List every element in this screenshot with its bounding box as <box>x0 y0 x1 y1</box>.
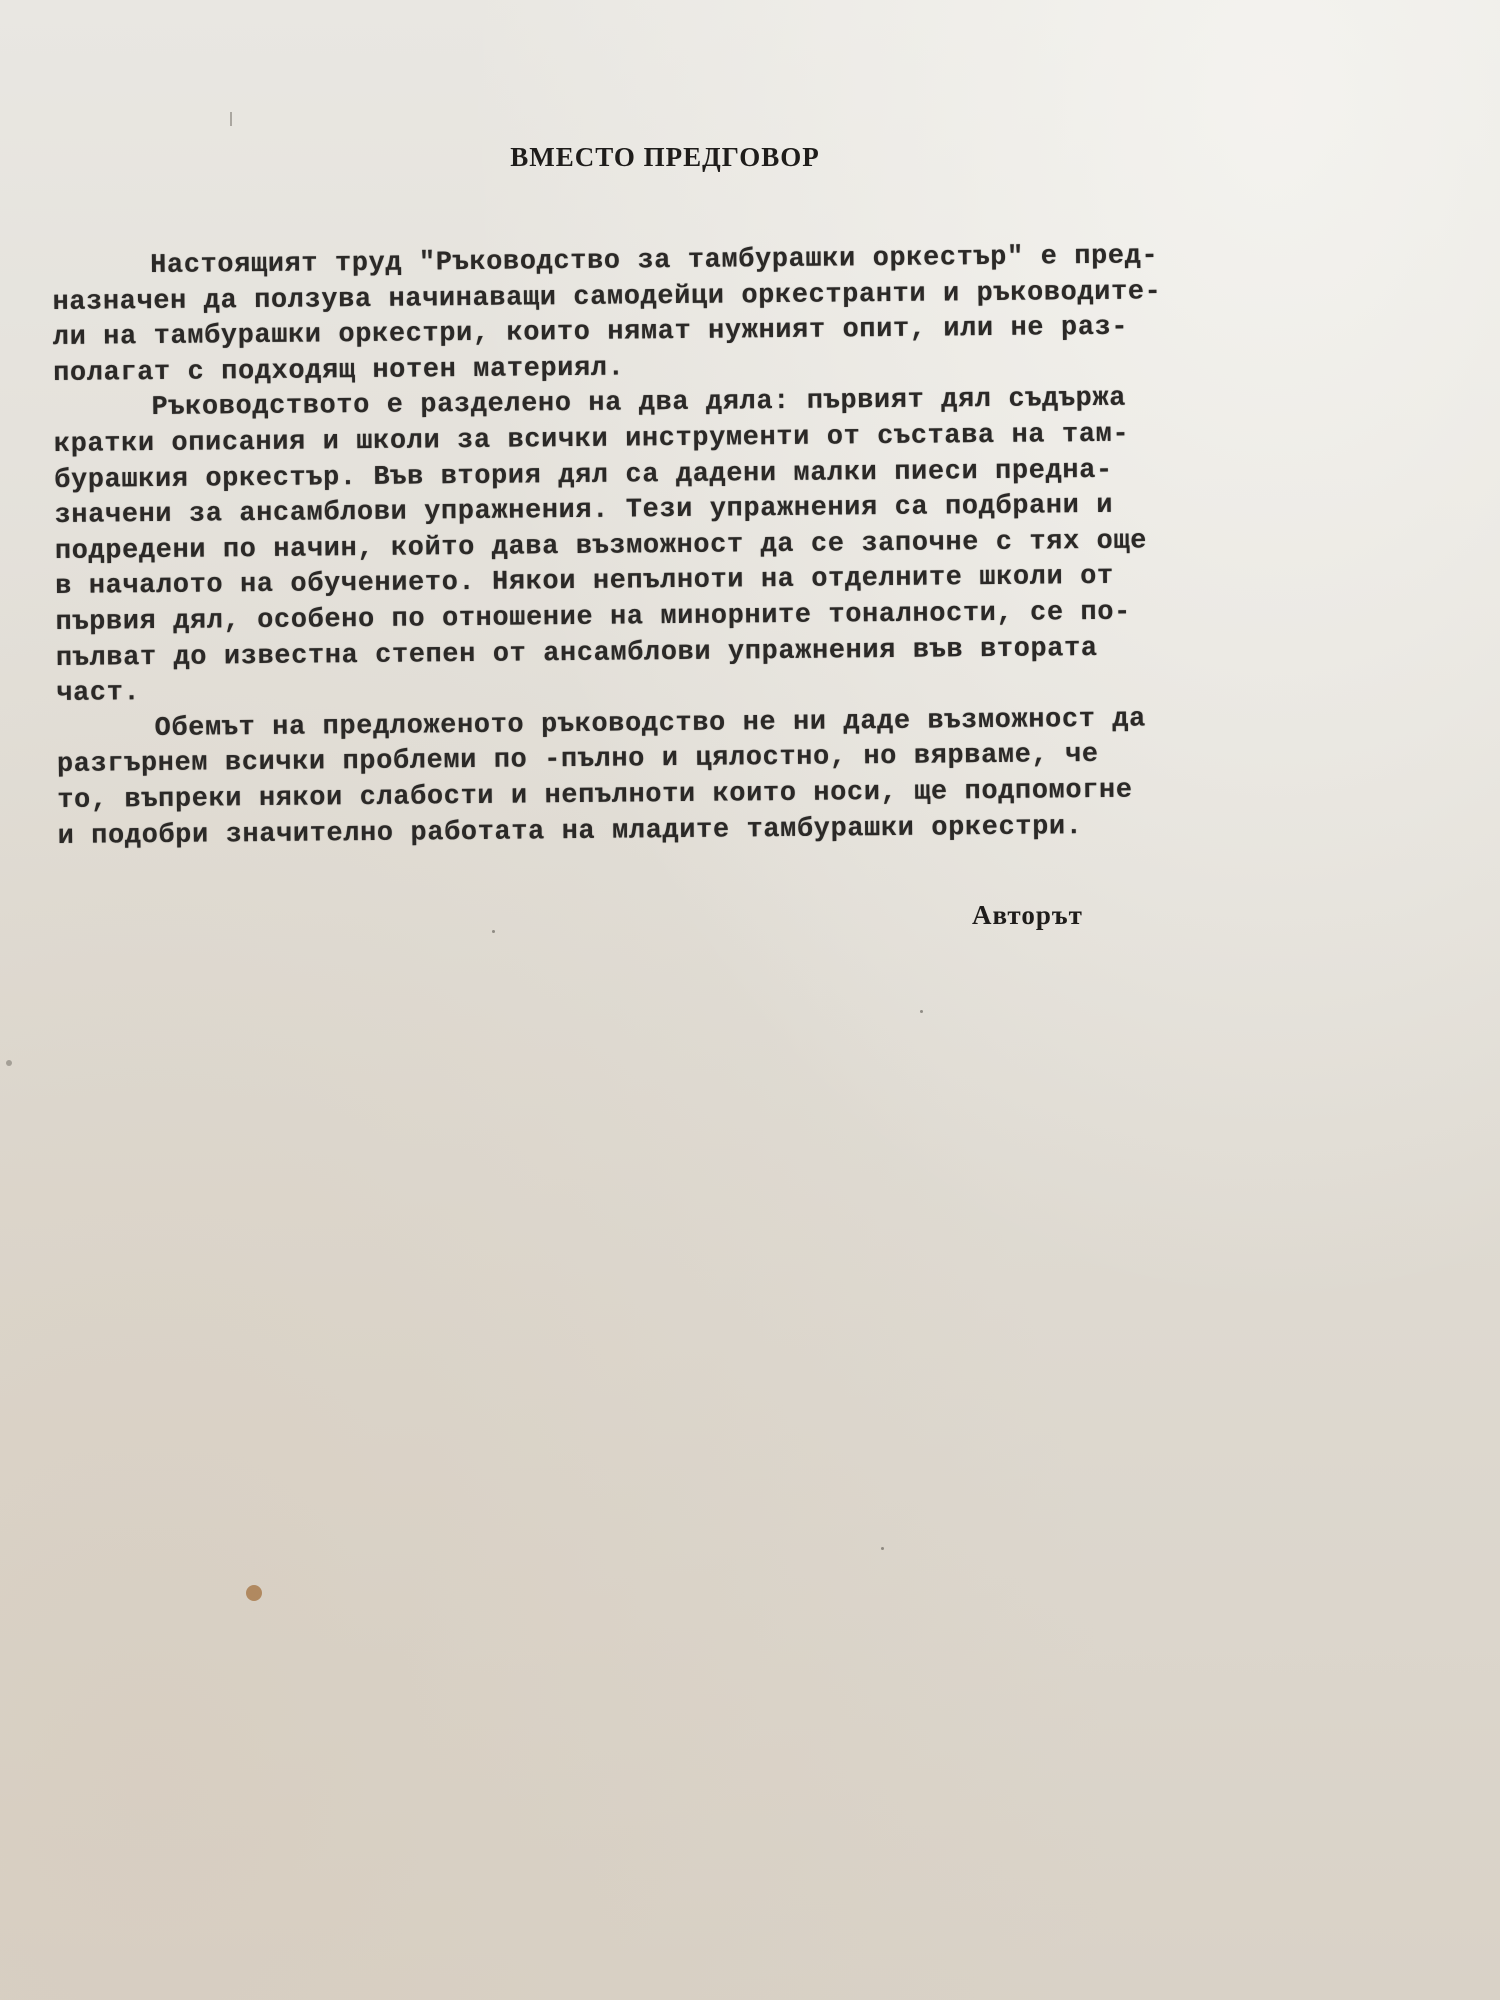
margin-mark <box>230 112 232 126</box>
document-page: ВМЕСТО ПРЕДГОВОР Настоящият труд "Ръково… <box>0 0 1500 2000</box>
paper-speck <box>881 1547 884 1550</box>
paper-speck <box>920 1010 923 1013</box>
preface-body: Настоящият труд "Ръководство за тамбураш… <box>52 237 1418 855</box>
page-title: ВМЕСТО ПРЕДГОВОР <box>500 142 830 173</box>
paper-speck <box>492 930 495 933</box>
margin-mark <box>6 1060 12 1066</box>
author-signature: Авторът <box>972 900 1083 931</box>
paper-stain <box>246 1585 262 1601</box>
